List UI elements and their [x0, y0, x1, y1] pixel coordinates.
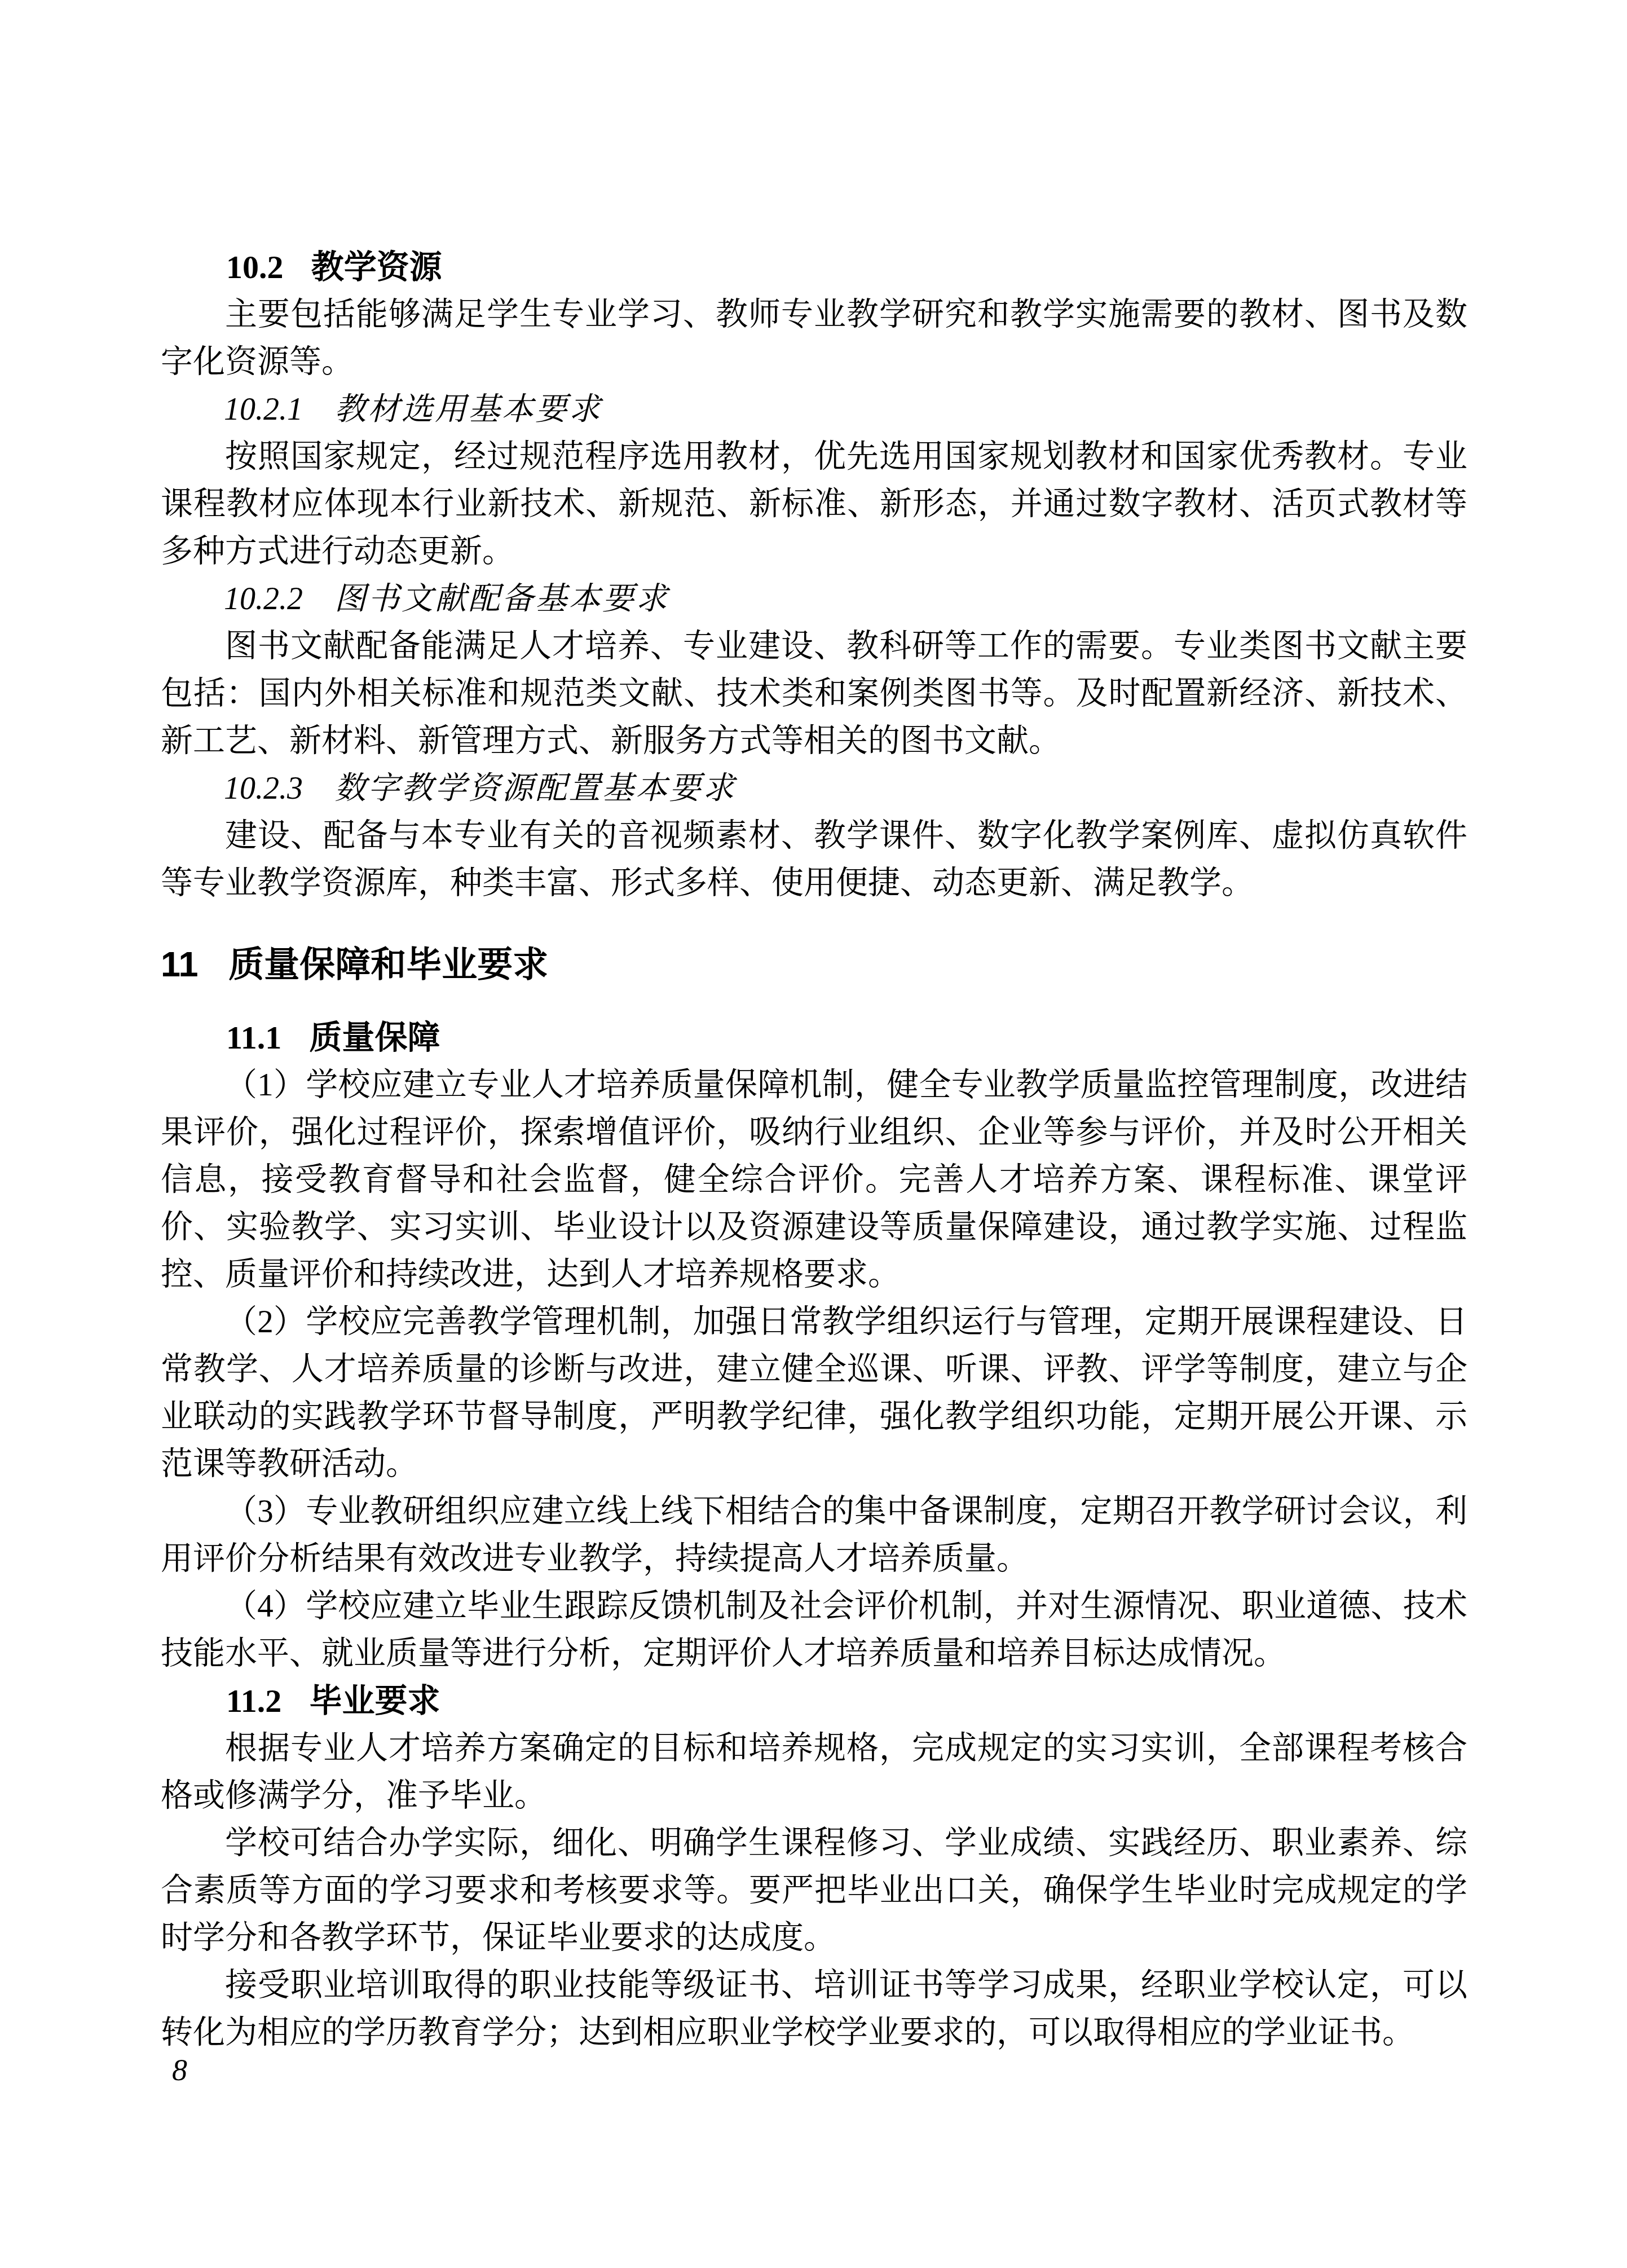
document-content: 10.2教学资源主要包括能够满足学生专业学习、教师专业教学研究和教学实施需要的教…	[161, 244, 1467, 2056]
heading-title: 图书文献配备基本要求	[334, 582, 669, 616]
paragraph: （3）专业教研组织应建立线上线下相结合的集中备课制度，定期召开教学研讨会议，利用…	[161, 1488, 1467, 1583]
paragraph: （4）学校应建立毕业生跟踪反馈机制及社会评价机制，并对生源情况、职业道德、技术技…	[161, 1583, 1467, 1677]
paragraph: （1）学校应建立专业人才培养质量保障机制，健全专业教学质量监控管理制度，改进结果…	[161, 1062, 1467, 1298]
paragraph: 按照国家规定，经过规范程序选用教材，优先选用国家规划教材和国家优秀教材。专业课程…	[161, 433, 1467, 575]
section-heading-11: 11质量保障和毕业要求	[161, 939, 1467, 990]
paragraph: 学校可结合办学实际，细化、明确学生课程修习、学业成绩、实践经历、职业素养、综合素…	[161, 1820, 1467, 1962]
section-heading-10.2: 10.2教学资源	[161, 244, 1467, 291]
heading-title: 教学资源	[311, 249, 442, 285]
heading-title: 质量保障	[310, 1019, 440, 1056]
paragraph: 主要包括能够满足学生专业学习、教师专业教学研究和教学实施需要的教材、图书及数字化…	[161, 291, 1467, 386]
section-heading-11.1: 11.1质量保障	[161, 1014, 1467, 1062]
heading-title: 毕业要求	[310, 1683, 440, 1719]
heading-number: 11.1	[226, 1019, 281, 1056]
paragraph: 根据专业人才培养方案确定的目标和培养规格，完成规定的实习实训，全部课程考核合格或…	[161, 1725, 1467, 1820]
heading-title: 质量保障和毕业要求	[228, 945, 548, 984]
paragraph: 接受职业培训取得的职业技能等级证书、培训证书等学习成果，经职业学校认定，可以转化…	[161, 1962, 1467, 2056]
heading-number: 10.2.3	[224, 771, 303, 806]
heading-number: 11	[161, 945, 199, 984]
section-heading-11.2: 11.2毕业要求	[161, 1677, 1467, 1725]
section-heading-10.2.1: 10.2.1教材选用基本要求	[161, 386, 1467, 433]
heading-title: 数字教学资源配置基本要求	[334, 771, 736, 806]
page-number: 8	[172, 2053, 187, 2087]
section-heading-10.2.3: 10.2.3数字教学资源配置基本要求	[161, 765, 1467, 812]
heading-number: 10.2.1	[224, 392, 303, 427]
heading-number: 11.2	[226, 1683, 281, 1719]
paragraph: 建设、配备与本专业有关的音视频素材、教学课件、数字化教学案例库、虚拟仿真软件等专…	[161, 812, 1467, 907]
section-heading-10.2.2: 10.2.2图书文献配备基本要求	[161, 575, 1467, 623]
heading-number: 10.2	[226, 249, 284, 285]
paragraph: （2）学校应完善教学管理机制，加强日常教学组织运行与管理，定期开展课程建设、日常…	[161, 1298, 1467, 1488]
paragraph: 图书文献配备能满足人才培养、专业建设、教科研等工作的需要。专业类图书文献主要包括…	[161, 623, 1467, 765]
document-page: 10.2教学资源主要包括能够满足学生专业学习、教师专业教学研究和教学实施需要的教…	[0, 0, 1627, 2268]
heading-title: 教材选用基本要求	[334, 392, 602, 427]
heading-number: 10.2.2	[224, 582, 303, 616]
